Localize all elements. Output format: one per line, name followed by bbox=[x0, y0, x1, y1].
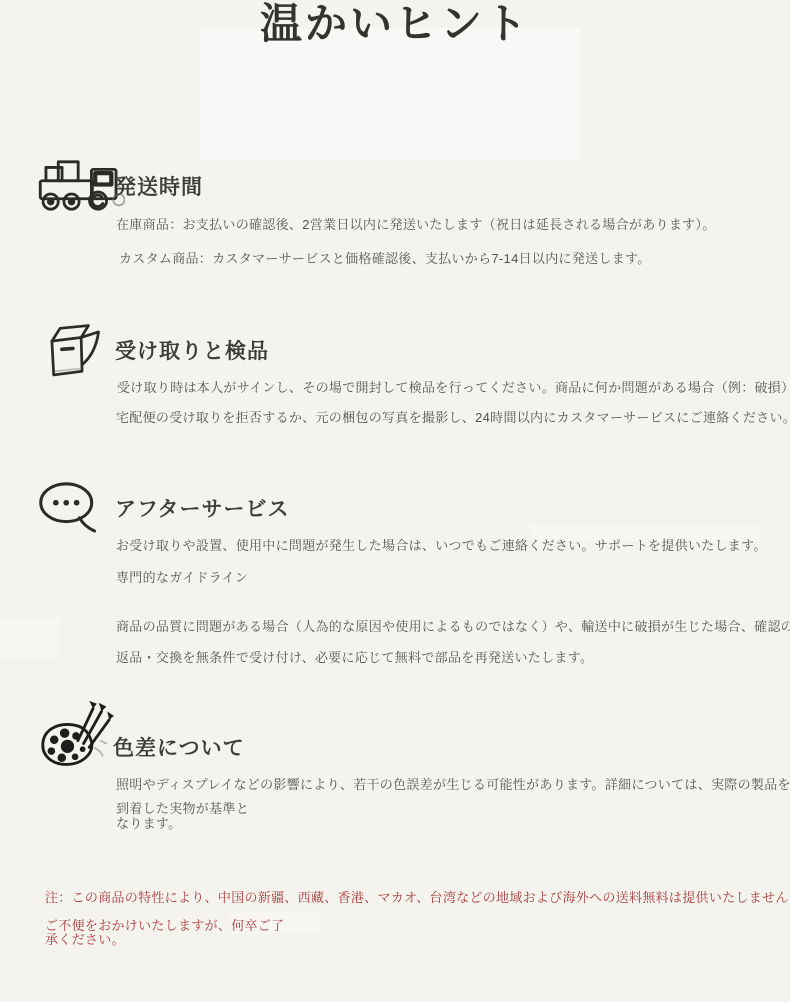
after-service-line-3: 商品の品質に問題がある場合（人為的な原因や使用によるものではなく）や、輸送中に破… bbox=[116, 619, 790, 634]
color-difference-line-2: 到着した実物が基準と なります。 bbox=[116, 801, 249, 831]
shipping-restriction-note: 注：この商品の特性により、中国の新疆、西藏、香港、マカオ、台湾などの地域および海… bbox=[45, 891, 790, 905]
apology-note: ご不便をおかけいたしますが、何卒ご了 承ください。 bbox=[45, 919, 284, 947]
section-heading-inspection: 受け取りと検品 bbox=[115, 340, 269, 363]
inspection-line-1: 受け取り時は本人がサインし、その場で開封して検品を行ってください。商品に何か問題… bbox=[117, 380, 790, 395]
after-service-line-4: 返品・交換を無条件で受け付け、必要に応じて無料で部品を再発送いたします。 bbox=[116, 650, 593, 665]
after-service-line-2: 専門的なガイドライン bbox=[116, 570, 248, 585]
shipping-line-1: 在庫商品：お支払いの確認後、2営業日以内に発送いたします（祝日は延長される場合が… bbox=[116, 217, 716, 232]
chat-icon bbox=[36, 478, 104, 534]
warm-hints-page: 温かいヒント 発送時間 在庫商品：お支払いの確認後、2営業日以 bbox=[0, 0, 790, 1002]
page-title: 温かいヒント bbox=[0, 0, 790, 48]
palette-icon bbox=[38, 699, 114, 771]
box-icon bbox=[40, 321, 104, 385]
section-heading-shipping: 発送時間 bbox=[115, 176, 203, 199]
truck-icon bbox=[37, 158, 125, 212]
shipping-line-2: カスタム商品：カスタマーサービスと価格確認後、支払いから7-14日以内に発送しま… bbox=[119, 251, 651, 266]
inspection-line-2: 宅配便の受け取りを拒否するか、元の梱包の写真を撮影し、24時間以内にカスタマーサ… bbox=[116, 410, 790, 425]
background-patch bbox=[0, 618, 60, 658]
after-service-line-1: お受け取りや設置、使用中に問題が発生した場合は、いつでもご連絡ください。サポート… bbox=[116, 538, 767, 553]
section-heading-after-service: アフターサービス bbox=[115, 498, 290, 521]
color-difference-line-1: 照明やディスプレイなどの影響により、若干の色誤差が生じる可能性があります。詳細に… bbox=[116, 777, 790, 792]
section-heading-color-difference: 色差について bbox=[113, 737, 245, 760]
